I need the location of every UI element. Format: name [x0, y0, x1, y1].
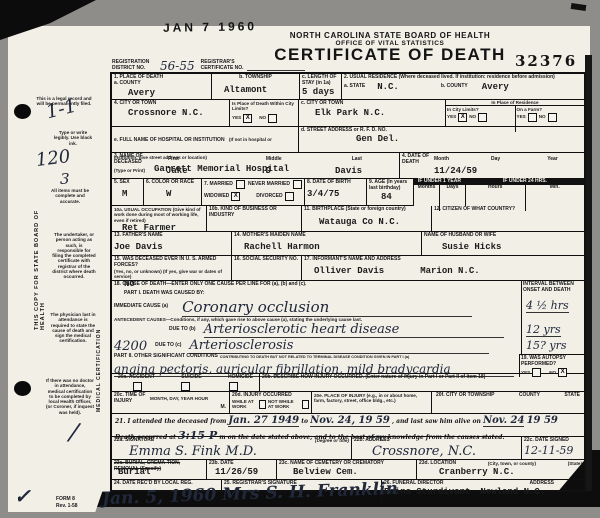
cause-of-death-header: 18. CAUSE OF DEATH—ENTER ONLY ONE CAUSE …: [114, 282, 521, 288]
residence-state-label: a. STATE: [344, 84, 365, 90]
interval-a-value: 4 ½ hrs: [526, 299, 569, 313]
interval-b-value: 12 yrs: [526, 323, 561, 337]
day-header: Day: [491, 157, 500, 163]
funeral-director-address-value: Newland N.C.: [480, 487, 545, 497]
county-label: a. COUNTY: [114, 81, 209, 87]
death-city-limits-label: Is Place of Death Within City Limits?: [232, 101, 296, 112]
birthplace-label: 11. BIRTHPLACE (State or foreign country…: [304, 207, 429, 213]
mothers-maiden-name-label: 14. MOTHER'S MAIDEN NAME: [234, 233, 419, 239]
yes-word: YES: [232, 115, 241, 120]
attended-text: 21. I attended the deceased from: [115, 418, 226, 425]
length-of-stay-label: c. LENGTH OF STAY (in 1a): [302, 75, 339, 87]
homicide-label: HOMICIDE: [228, 375, 253, 381]
location-note: (City, town, or county): [488, 461, 536, 466]
interval-onset-death-label: INTERVAL BETWEEN ONSET AND DEATH: [522, 281, 584, 295]
residence-city-limits-no-checkbox: [478, 113, 487, 122]
handwritten-checkmark: ✓: [14, 484, 31, 508]
injury-city-label: 20f. CITY OR TOWNSHIP: [436, 393, 494, 399]
place-of-injury-label: 20e. PLACE OF INJURY (e.g., in or about …: [314, 393, 429, 404]
while-at-work-label: WHILE AT WORK: [232, 399, 257, 410]
degree-or-title-note: (Degree or title): [315, 438, 349, 443]
immediate-cause-label: IMMEDIATE CAUSE (a): [114, 304, 168, 310]
physician-signature-value: Emma S. Fink M.D.: [129, 444, 349, 459]
armed-forces-label: 15. WAS DECEASED EVER IN U. S. ARMED FOR…: [114, 257, 229, 269]
attended-from-value: Jan. 27 1949: [228, 415, 299, 427]
board-name: NORTH CAROLINA STATE BOARD OF HEALTH: [210, 31, 570, 40]
residence-city-label: c. CITY OR TOWN: [301, 101, 443, 107]
street-address-value: Gen Del.: [356, 134, 582, 144]
citizen-label: 12. CITIZEN OF WHAT COUNTRY?: [434, 207, 582, 213]
burial-value: Burial: [118, 467, 150, 477]
part1-label: PART I. DEATH WAS CAUSED BY:: [124, 291, 521, 297]
punch-hole-bottom: [14, 381, 31, 396]
type-legibly-note: Type or write legibly. Use black ink.: [52, 130, 94, 146]
age-label: 9. AGE (In years last birthday): [369, 180, 411, 192]
handwritten-margin-3: 3: [60, 170, 70, 188]
signature-address-value: Crossnore, N.C.: [372, 444, 519, 459]
usual-residence-label: 2. USUAL RESIDENCE (Where deceased lived…: [344, 75, 582, 81]
never-married-label: NEVER MARRIED: [248, 182, 290, 188]
middle-name-header: Middle: [266, 157, 282, 163]
registrar-certificate-label: REGISTRAR'S CERTIFICATE NO.: [201, 60, 245, 72]
informant-label: 17. INFORMANT'S NAME AND ADDRESS: [304, 257, 582, 263]
date-of-birth-label: 8. DATE OF BIRTH: [307, 180, 364, 186]
death-city-limits-yes-checkbox: X: [243, 114, 252, 123]
middle-name-value: D: [266, 166, 271, 176]
ssn-label: 16. SOCIAL SECURITY NO.: [234, 257, 299, 263]
part2-label: PART II. OTHER SIGNIFICANT CONDITIONS: [114, 354, 218, 360]
time-m-label: M.: [220, 405, 226, 411]
fathers-name-label: 13. FATHER'S NAME: [114, 233, 229, 239]
residence-state-value: N.C.: [377, 82, 399, 92]
sex-value: M: [122, 189, 141, 199]
suicide-checkbox: [181, 382, 190, 391]
color-or-race-label: 6. COLOR OR RACE: [146, 180, 199, 186]
handwritten-4200: 4200: [114, 339, 147, 354]
registration-district-value: 56-55: [160, 59, 195, 73]
no-word: NO: [539, 114, 546, 119]
date-of-birth-value: 3/4/75: [307, 189, 364, 199]
residence-city-value: Elk Park N.C.: [315, 108, 443, 118]
last-alive-value: Nov. 24: [483, 415, 525, 427]
accident-checkbox: [133, 382, 142, 391]
usual-occupation-label: 10a. USUAL OCCUPATION (Give kind of work…: [114, 207, 204, 223]
injury-state-label: STATE: [564, 393, 580, 399]
injury-county-label: COUNTY: [519, 393, 540, 399]
fathers-name-value: Joe Davis: [114, 242, 229, 252]
husband-or-wife-value: Susie Hicks: [442, 242, 582, 252]
county-value: Avery: [128, 88, 209, 98]
yes-word: YES: [447, 114, 456, 119]
informant-name-value: Olliver Davis: [314, 266, 384, 276]
married-checkbox: [236, 180, 245, 189]
first-name-value: Jake: [166, 166, 188, 176]
township-label: b. TOWNSHIP: [214, 75, 297, 81]
suicide-label: SUICIDE: [181, 375, 201, 381]
location-value: Cranberry N.C.: [439, 467, 582, 477]
race-value: W: [166, 189, 199, 199]
due-to-c-label: DUE TO (c): [155, 343, 181, 349]
attended-to-value: Nov. 24, 19 59: [310, 415, 390, 427]
never-married-checkbox: [293, 180, 302, 189]
widowed-label: WIDOWED: [204, 194, 229, 200]
mothers-maiden-name-value: Rachell Harmon: [244, 242, 419, 252]
death-city-limits-no-checkbox: [268, 114, 277, 123]
first-name-header: First: [168, 157, 179, 163]
length-of-stay-value: 5 days: [302, 87, 339, 97]
due-to-b-value: Arteriosclerotic heart disease: [204, 322, 504, 338]
immediate-cause-value: Coronary occlusion: [182, 298, 472, 317]
not-while-at-work-label: NOT WHILE AT WORK: [268, 399, 300, 410]
last-name-value: Davis: [335, 166, 362, 176]
due-to-b-label: DUE TO (b): [169, 327, 196, 333]
location-state-note: (State): [568, 461, 582, 466]
certificate-number: 32376: [515, 52, 577, 70]
physician-note: The physician last in attendance is requ…: [50, 312, 96, 344]
attended-last-phrase: , and last saw him alive on: [392, 418, 481, 425]
interval-c-value: 15? yrs: [526, 339, 567, 352]
city-or-town-label: 4. CITY OR TOWN: [114, 101, 227, 107]
residence-city-limits-yes-checkbox: X: [458, 113, 467, 122]
married-label: 7. MARRIED: [204, 182, 233, 188]
form-number: FORM 8: [56, 497, 75, 503]
residence-county-label: b. COUNTY: [441, 84, 468, 90]
no-word: NO: [469, 114, 476, 119]
last-name-header: Last: [352, 157, 362, 163]
part2-note: CONTRIBUTING TO DEATH BUT NOT RELATED TO…: [220, 355, 409, 359]
type-or-print-note: (Type or Print): [114, 168, 156, 173]
while-at-work-checkbox: [259, 400, 266, 409]
divorced-checkbox: [285, 192, 294, 201]
birthplace-value: Watauga Co N.C.: [319, 217, 429, 227]
city-or-town-value: Crossnore N.C.: [128, 108, 227, 118]
divorced-label: DIVORCED: [256, 194, 282, 200]
time-of-injury-note: MONTH, DAY, YEAR HOUR: [150, 396, 208, 401]
residence-county-value: Avery: [482, 82, 509, 92]
township-value: Altamont: [224, 85, 297, 95]
husband-or-wife-label: NAME OF HUSBAND OR WIFE: [424, 233, 582, 239]
business-industry-label: 10b. KIND OF BUSINESS OR INDUSTRY: [209, 207, 299, 219]
not-while-at-work-checkbox: [302, 400, 309, 409]
describe-injury-label: 20b. DESCRIBE HOW INJURY OCCURRED. (Ente…: [262, 375, 582, 381]
side-copy-text: THIS COPY FOR STATE BOARD OF HEALTH: [34, 200, 46, 330]
armed-forces-note: (Yes, no, or unknown) (If yes, give war …: [114, 269, 229, 280]
last-alive-year: 19 59: [527, 415, 558, 426]
due-to-c-value: Arteriosclerosis: [189, 338, 489, 354]
scan-edge-shadow: [585, 55, 592, 491]
punch-hole-top: [14, 104, 31, 119]
date-of-death-label: 4. DATE OF DEATH: [402, 154, 432, 166]
complete-accurate-note: All items must be complete and accurate.: [46, 188, 94, 204]
date-of-death-value: 11/24/59: [434, 166, 582, 176]
year-header: Year: [547, 157, 558, 163]
time-of-injury-label: 20c. TIME OF INJURY: [114, 393, 148, 405]
no-doctor-note: If there was no doctor in attendance, me…: [46, 378, 94, 415]
yes-word: YES: [517, 114, 526, 119]
handwritten-margin-120: 120: [35, 146, 72, 171]
farm-yes-checkbox: [528, 113, 537, 122]
form-revision: Rev. 1-58: [56, 504, 78, 510]
accident-label: 20a. ACCIDENT: [118, 375, 155, 381]
funeral-director-address-label: ADDRESS: [530, 481, 554, 487]
hospital-label: e. FULL NAME OF HOSPITAL OR INSTITUTION: [114, 137, 225, 143]
scan-top-mark: [571, 3, 587, 11]
month-header: Month: [434, 157, 449, 163]
farm-no-checkbox: [548, 113, 557, 122]
cemetery-value: Belview Cem.: [293, 467, 414, 477]
homicide-checkbox: [229, 382, 238, 391]
undertaker-note: The undertaker, or person acting as such…: [52, 232, 96, 280]
name-of-deceased-label: 3. NAME OF DECEASED: [114, 154, 156, 166]
date-signed-value: 12-11-59: [524, 444, 582, 457]
burial-date-value: 11/26/59: [215, 467, 274, 477]
age-value: 84: [381, 192, 411, 202]
informant-address-value: Marion N.C.: [420, 266, 479, 276]
sex-label: 5. SEX: [114, 180, 141, 186]
medical-certification-label: MEDICAL CERTIFICATION: [96, 272, 102, 412]
registration-district-label: REGISTRATION DISTRICT NO.: [112, 60, 158, 72]
registrar-certificate-blank: [247, 62, 305, 71]
attended-to-word: to: [301, 418, 308, 425]
autopsy-label: 19. WAS AUTOPSY PERFORMED?: [521, 356, 583, 368]
certificate-form: 1. PLACE OF DEATH a. COUNTY Avery b. TOW…: [110, 72, 586, 492]
no-word: NO: [259, 115, 266, 120]
widowed-checkbox: X: [231, 192, 240, 201]
